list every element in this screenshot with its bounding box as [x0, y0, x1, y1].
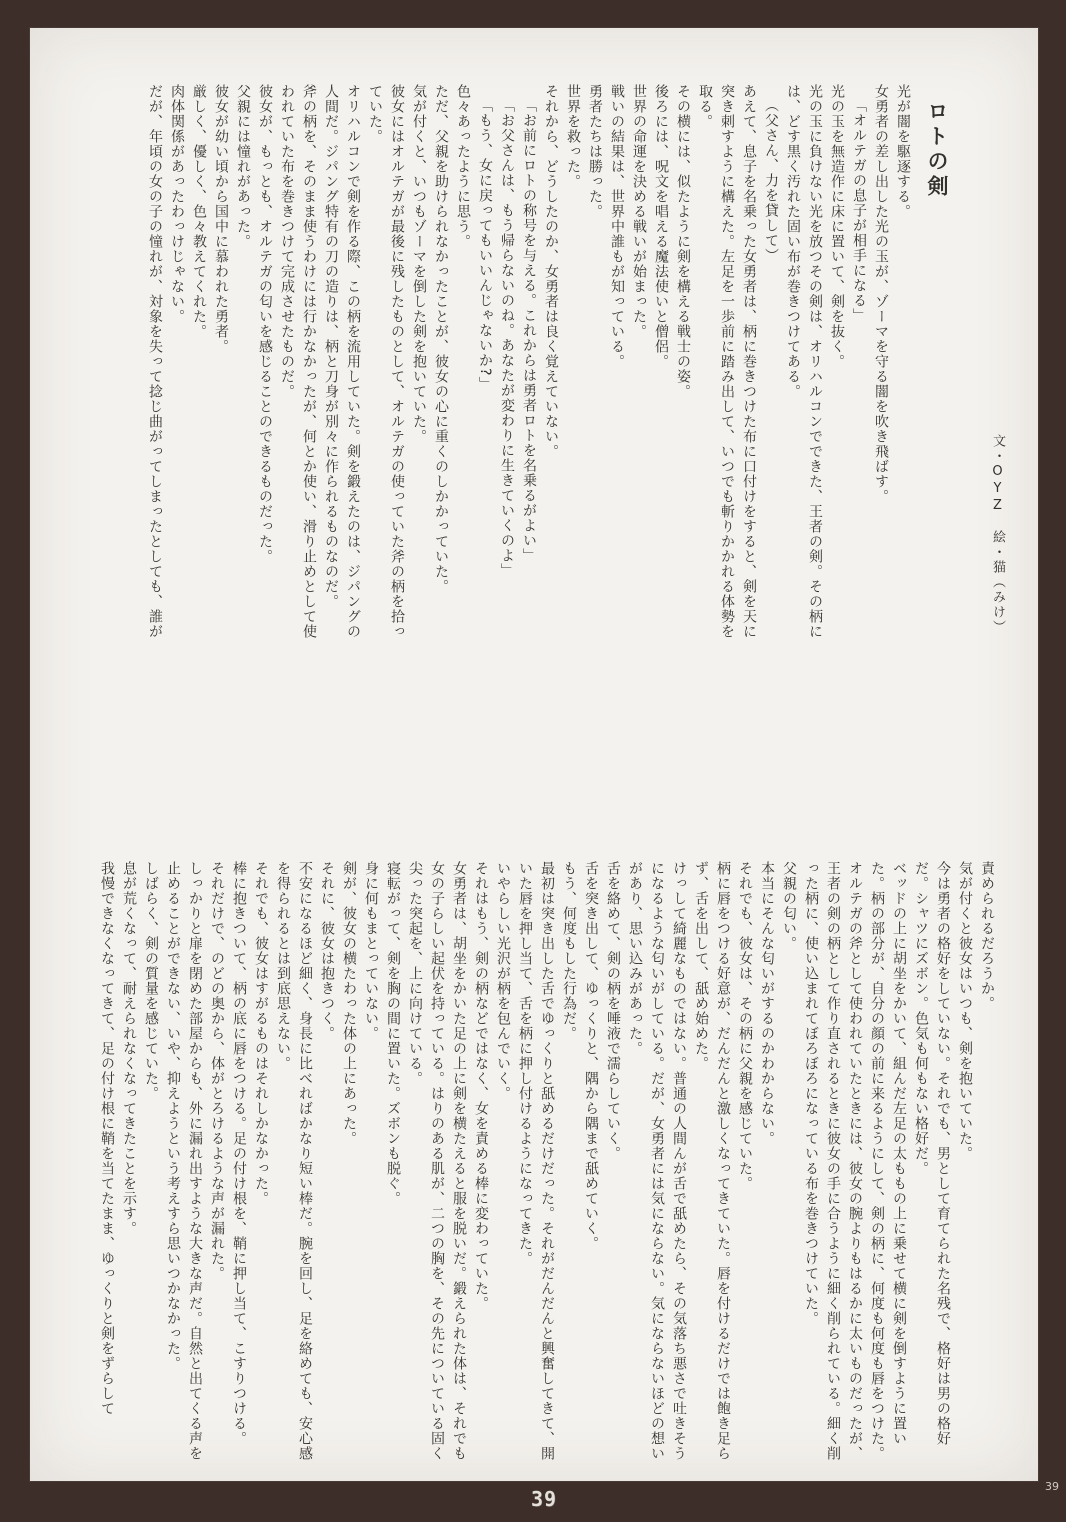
- paragraph: 我慢できなくなってきて、足の付け根に鞘を当てたまま、ゆっくりと剣をずらして: [96, 861, 118, 1465]
- paragraph: 父親には憧れがあった。: [232, 84, 254, 650]
- paragraph: ベッドの上に胡坐をかいて、組んだ左足の太ももの上に乗せて横に剣を倒すように置いた…: [866, 861, 910, 1465]
- paragraph: 世界の命運を決める戦いが始まった。: [628, 84, 650, 650]
- paragraph: それはもう、剣の柄などではなく、女を責める棒に変わっていた。: [470, 861, 492, 1465]
- paragraph: 父親の匂い。: [778, 861, 800, 1465]
- corner-page-number: 39: [1045, 1481, 1059, 1493]
- paragraph: 棒に抱きついて、柄の底に唇をつける。足の付け根を、鞘に押し当て、こすりつける。: [228, 861, 250, 1465]
- paragraph: 寝転がって、剣を胸の間に置いた。ズボンも脱ぐ。: [382, 861, 404, 1465]
- paragraph: 女勇者の差し出した光の玉が、ゾーマを守る闇を吹き飛ばす。: [870, 84, 892, 650]
- paragraph: しばらく、剣の質量を感じていた。: [140, 861, 162, 1465]
- paragraph: あえて、息子を名乗った女勇者は、柄に巻きつけた布に口付けをすると、剣を天に突き刺…: [694, 84, 760, 650]
- page-title: ロトの剣: [922, 84, 952, 650]
- paragraph: 剣が、彼女の横たわった体の上にあった。: [338, 861, 360, 1465]
- paragraph: 彼女が、もっとも、オルテガの匂いを感じることのできるものだった。: [254, 84, 276, 650]
- paragraph: 色々あったように思う。: [452, 84, 474, 650]
- paragraph: オリハルコンで剣を作る際、この柄を流用していた。剣を鍛えたのは、ジパングの人間だ…: [320, 84, 364, 650]
- paragraph: それに、彼女は抱きつく。: [316, 861, 338, 1465]
- paragraph: 今は勇者の格好をしていない。それでも、男として育てられた名残で、格好は男の格好だ…: [910, 861, 954, 1465]
- paragraph: もう、何度もした行為だ。: [558, 861, 580, 1465]
- paragraph: 世界を救った。: [562, 84, 584, 650]
- paragraph: 後ろには、呪文を唱える魔法使いと僧侶。: [650, 84, 672, 650]
- paper-page: 文・OYZ 絵・猫（みけ） ロトの剣 光が闇を駆逐する。女勇者の差し出した光の玉…: [30, 28, 1038, 1481]
- paragraph: だが、年頃の女の子の憧れが、対象を失って捻じ曲がってしまったとしても、誰が: [144, 84, 166, 650]
- paragraph: 柄に唇をつける好意が、だんだんと激しくなってきていた。唇を付けるだけでは飽き足ら…: [690, 861, 734, 1465]
- footer-page-number: 39: [531, 1487, 557, 1511]
- paragraph: 「オルテガの息子が相手になる」: [848, 84, 870, 650]
- paragraph: 肉体関係があったわっけじゃない。: [166, 84, 188, 650]
- paragraph: それでも、彼女はすがるものはそれしかなかった。: [250, 861, 272, 1465]
- paragraph: 女勇者は、胡坐をかいた足の上に剣を横たえると服を脱いだ。鍛えられた体は、それでも…: [404, 861, 470, 1465]
- paragraph: それだけで、のどの奥から、体がとろけるような声が漏れた。: [206, 861, 228, 1465]
- paragraph: 気が付くと彼女はいつも、剣を抱いていた。: [954, 861, 976, 1465]
- paragraph: 光が闇を駆逐する。: [892, 84, 914, 650]
- paragraph: 不安になるほど細く、身長に比べればかなり短い棒だ。腕を回し、足を絡めても、安心感…: [272, 861, 316, 1465]
- paragraph: 「お前にロトの称号を与える。これからは勇者ロトを名乗るがよい」: [518, 84, 540, 650]
- paragraph: しっかりと扉を閉めた部屋からも、外に漏れ出すような大きな声だ。自然と出てくる声を…: [162, 861, 206, 1465]
- paragraph: 光の玉に負けない光を放つその剣は、オリハルコンでできた、王者の剣。その柄には、ど…: [782, 84, 826, 650]
- paragraph: 本当にそんな匂いがするのかわからない。: [756, 861, 778, 1465]
- paragraph: 戦いの結果は、世界中誰もが知っている。: [606, 84, 628, 650]
- paragraph: いやらしい光沢が柄を包んでいく。: [492, 861, 514, 1465]
- paragraph: 息が荒くなって、耐えられなくなってきたことを示す。: [118, 861, 140, 1465]
- story-top-section: 文・OYZ 絵・猫（みけ） ロトの剣 光が闇を駆逐する。女勇者の差し出した光の玉…: [56, 84, 1012, 650]
- story-bottom-section: 責められるだろうか。気が付くと彼女はいつも、剣を抱いていた。今は勇者の格好をして…: [54, 861, 998, 1465]
- paragraph: 光の玉を無造作に床に置いて、剣を抜く。: [826, 84, 848, 650]
- paragraph: 勇者たちは勝った。: [584, 84, 606, 650]
- paragraph: 「もう、女に戻ってもいいんじゃないか?」: [474, 84, 496, 650]
- paragraph: 舌を突き出して、ゆっくりと、隅から隅まで舐めていく。: [580, 861, 602, 1465]
- paragraph: けっして綺麗なものではない。普通の人間んが舌で舐めたら、その気落ち悪さで吐きそう…: [624, 861, 690, 1465]
- paragraph: その横には、似たように剣を構える戦士の姿。: [672, 84, 694, 650]
- paragraph: 責められるだろうか。: [976, 861, 998, 1465]
- paragraph: 彼女にはオルテガが最後に残したものとして、オルテガの使っていた斧の柄を拾っていた…: [364, 84, 408, 650]
- paragraph: ただ、父親を助けられなかったことが、彼女の心に重くのしかかっていた。: [430, 84, 452, 650]
- paragraph: 気が付くと、いつもゾーマを倒した剣を抱いていた。: [408, 84, 430, 650]
- paragraph: 彼女が幼い頃から国中に慕われた勇者。: [210, 84, 232, 650]
- paragraph: 身に何もまとっていない。: [360, 861, 382, 1465]
- paragraph: 斧の柄を、そのまま使うわけには行かなかったが、何とか使い、滑り止めとして使われて…: [276, 84, 320, 650]
- author-credits: 文・OYZ 絵・猫（みけ）: [986, 84, 1008, 650]
- paragraph: それでも、彼女は、その柄に父親を感じていた。: [734, 861, 756, 1465]
- paragraph: オルテガの斧として使われていたときには、彼女の腕よりもはるかに太いものだったが、…: [800, 861, 866, 1465]
- paragraph: 「お父さんは、もう帰らないのね。あなたが変わりに生きていくのよ」: [496, 84, 518, 650]
- paragraph: 最初は突き出した舌でゆっくりと舐めるだけだった。それがだんだんと興奮してきて、開…: [514, 861, 558, 1465]
- paragraph: 厳しく、優しく、色々教えてくれた。: [188, 84, 210, 650]
- paragraph: 舌を絡めて、剣の柄を唾液で濡らしていく。: [602, 861, 624, 1465]
- paragraph: （父さん、力を貸して）: [760, 84, 782, 650]
- paragraph: それから、どうしたのか、女勇者は良く覚えていない。: [540, 84, 562, 650]
